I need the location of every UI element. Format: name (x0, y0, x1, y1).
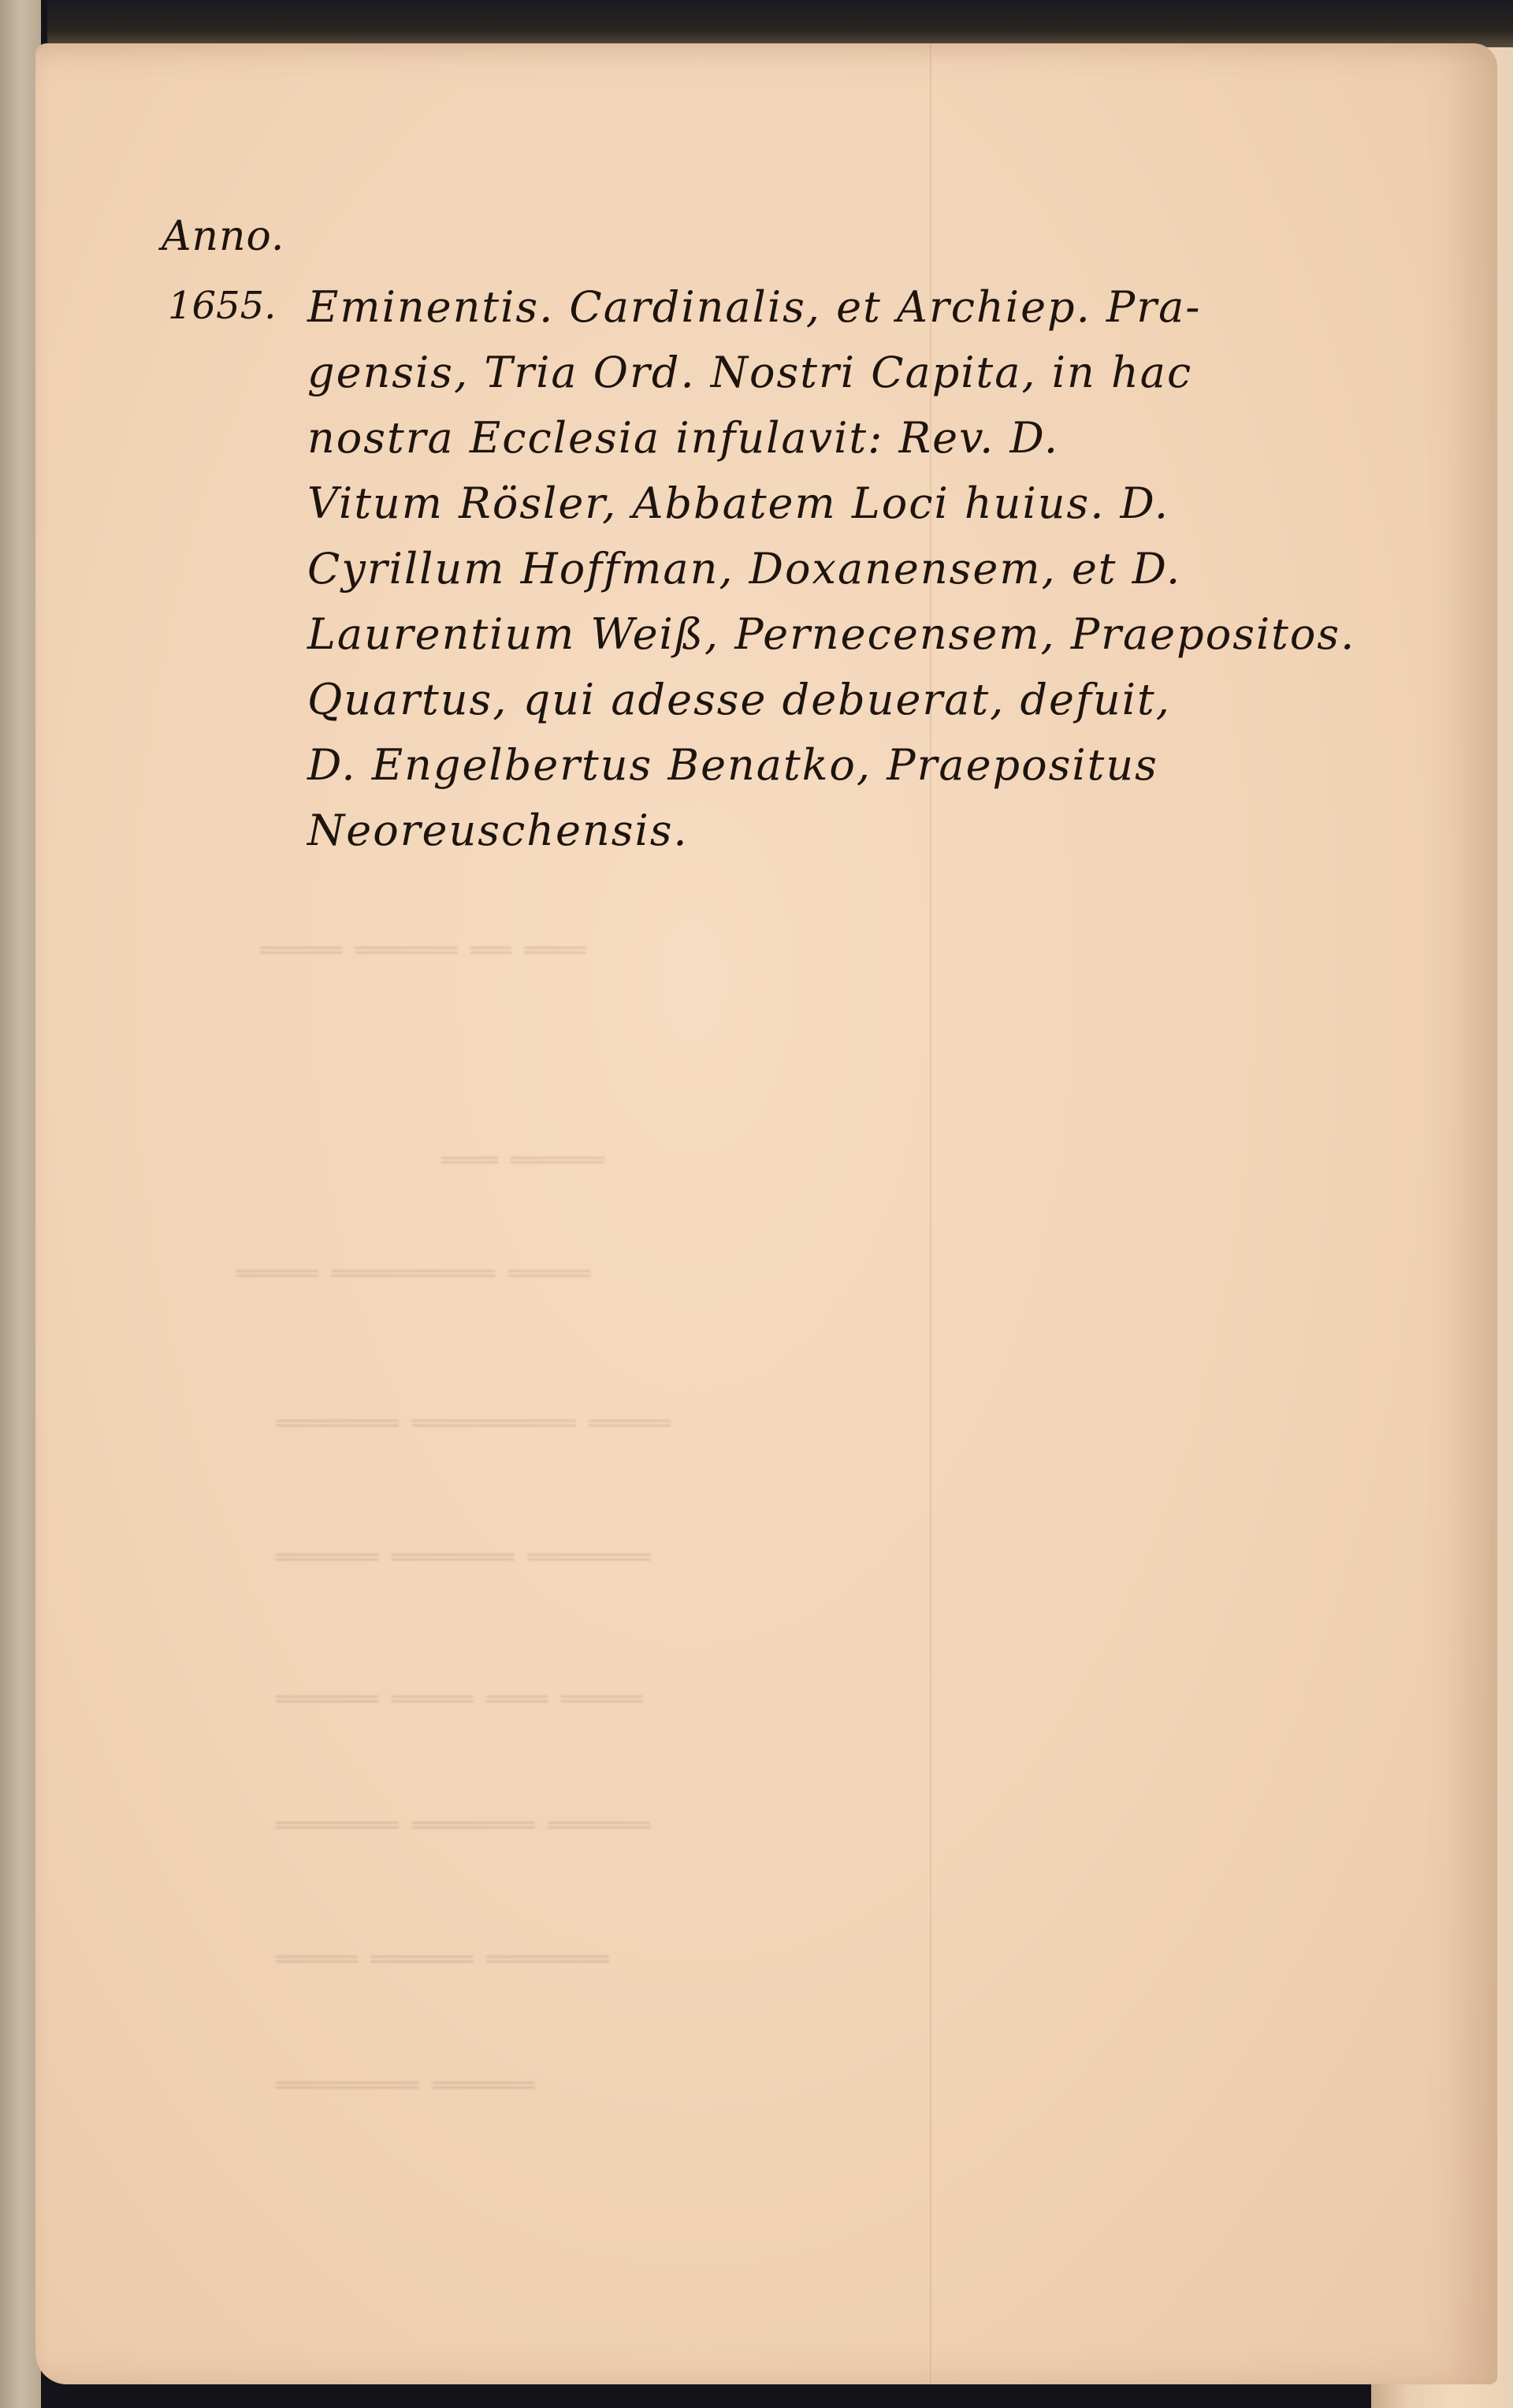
bleed-through-mark: ‗‗‗‗‗‗ ‗‗‗‗‗ ‗‗‗‗ (276, 1915, 609, 1963)
entry-text: Eminentis. Cardinalis, et Archiep. Pra- … (307, 274, 1426, 863)
margin-heading: Anno. (162, 213, 284, 260)
entry-line: Neoreuschensis. (307, 798, 1426, 863)
bleed-through-mark: ‗‗‗‗‗ ‗‗‗ (441, 1119, 604, 1163)
entry-line: gensis, Tria Ord. Nostri Capita, in hac (307, 340, 1426, 405)
entry-line: Quartus, qui adesse debuerat, defuit, (307, 667, 1426, 732)
entry-line: D. Engelbertus Benatko, Praepositus (307, 732, 1426, 798)
bleed-through-mark: ‗‗‗‗‗ ‗‗‗‗‗‗‗ (276, 2041, 535, 2089)
bleed-through-mark: ‗‗‗‗ ‗‗‗ ‗‗‗‗ ‗‗‗‗‗ (276, 1655, 643, 1703)
bleed-through-mark: ‗‗‗ ‗‗ ‗‗‗‗‗ ‗‗‗‗ (260, 906, 586, 954)
entry-line: nostra Ecclesia infulavit: Rev. D. (307, 405, 1426, 471)
entry-line: Cyrillum Hoffman, Doxanensem, et D. (307, 536, 1426, 601)
entry-line: Vitum Rösler, Abbatem Loci huius. D. (307, 471, 1426, 536)
bleed-through-mark: ‗‗‗‗‗ ‗‗‗‗‗‗ ‗‗‗‗‗‗ (276, 1781, 650, 1829)
bleed-through-mark: ‗‗‗‗ ‗‗‗‗‗‗‗‗ ‗‗‗‗‗‗ (276, 1379, 671, 1427)
margin-year: 1655. (168, 284, 276, 328)
entry-line: Laurentium Weiß, Pernecensem, Praeposito… (307, 601, 1426, 667)
entry-line: Eminentis. Cardinalis, et Archiep. Pra- (307, 274, 1426, 340)
bleed-through-mark: ‗‗‗‗ ‗‗‗‗‗‗‗‗ ‗‗‗‗ (236, 1230, 590, 1277)
bleed-through-mark: ‗‗‗‗‗‗ ‗‗‗‗‗‗ ‗‗‗‗‗ (276, 1513, 650, 1561)
